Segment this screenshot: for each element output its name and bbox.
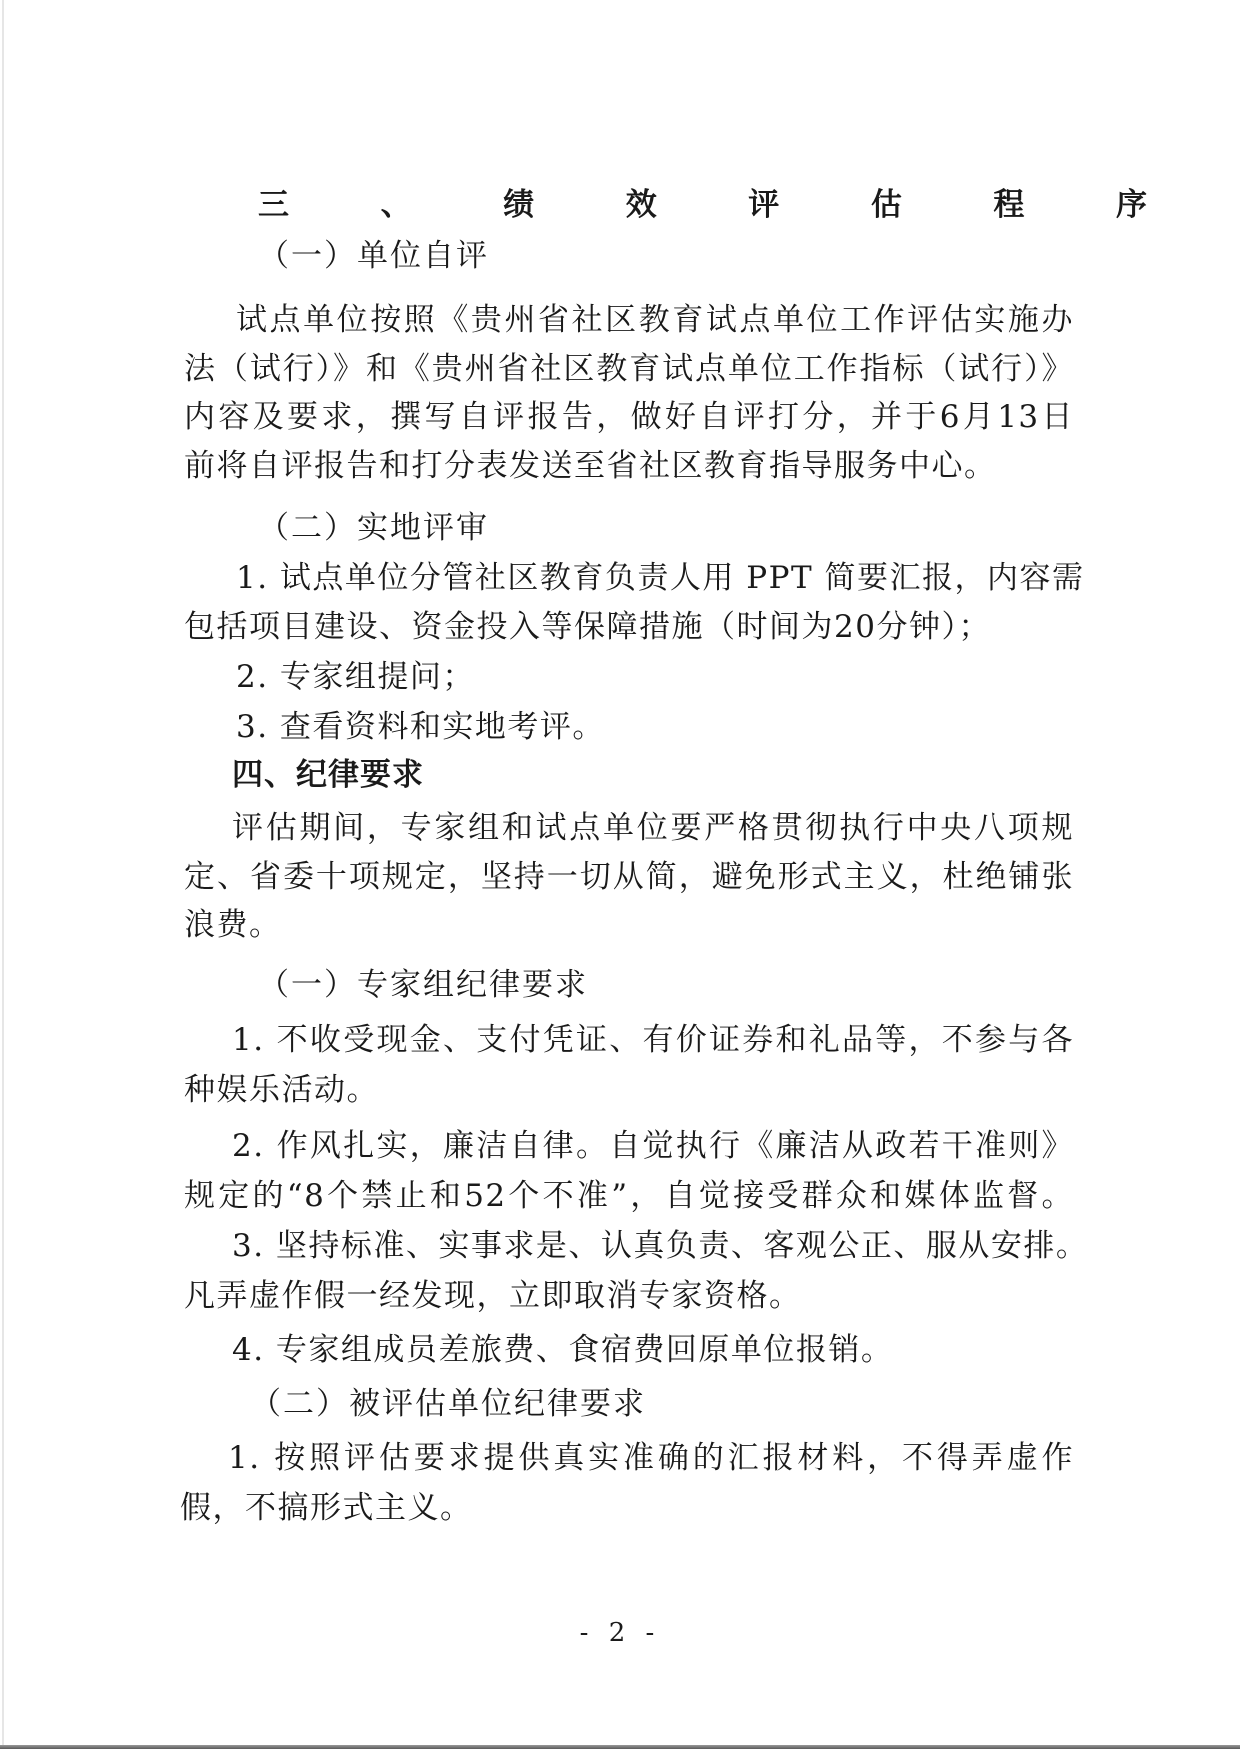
paragraph-line: 内容及要求，撰写自评报告，做好自评打分，并于6月13日 [184, 392, 1074, 442]
page-number: - 2 - [0, 1618, 1240, 1648]
paragraph-line: 1. 不收受现金、支付凭证、有价证券和礼品等，不参与各 [232, 1015, 1074, 1065]
paragraph-line: 种娱乐活动。 [184, 1065, 1074, 1115]
scan-left-edge [2, 0, 4, 1748]
paragraph-line: 评估期间，专家组和试点单位要严格贯彻执行中央八项规 [232, 803, 1074, 853]
paragraph-line: 1. 试点单位分管社区教育负责人用 PPT 简要汇报，内容需 [236, 553, 1074, 603]
paragraph-line: 定、省委十项规定，坚持一切从简，避免形式主义，杜绝铺张 [184, 852, 1074, 902]
paragraph-line: 1. 按照评估要求提供真实准确的汇报材料，不得弄虚作 [228, 1433, 1074, 1483]
paragraph-line: 2. 专家组提问； [236, 652, 1126, 702]
paragraph-line: 试点单位按照《贵州省社区教育试点单位工作评估实施办 [236, 295, 1074, 345]
scan-bottom-edge [0, 1745, 1240, 1749]
paragraph-line: 规定的“8个禁止和52个不准”，自觉接受群众和媒体监督。 [184, 1171, 1074, 1221]
paragraph-line: 假，不搞形式主义。 [180, 1483, 1070, 1533]
section-heading-procedure: 三、绩效评估程序 [258, 180, 1148, 230]
subheading-self-evaluation: （一）单位自评 [258, 231, 1148, 281]
paragraph-line: 3. 查看资料和实地考评。 [236, 702, 1126, 752]
paragraph-line: 法（试行）》和《贵州省社区教育试点单位工作指标（试行）》 [184, 344, 1074, 394]
document-page: 三、绩效评估程序 （一）单位自评 试点单位按照《贵州省社区教育试点单位工作评估实… [0, 0, 1240, 1754]
subheading-expert-discipline: （一）专家组纪律要求 [258, 960, 1148, 1010]
paragraph-line: 前将自评报告和打分表发送至省社区教育指导服务中心。 [184, 441, 1074, 491]
subheading-evaluated-unit-discipline: （二）被评估单位纪律要求 [250, 1379, 1140, 1429]
paragraph-line: 2. 作风扎实，廉洁自律。自觉执行《廉洁从政若干准则》 [232, 1121, 1074, 1171]
section-heading-discipline: 四、纪律要求 [232, 750, 1122, 800]
paragraph-line: 4. 专家组成员差旅费、食宿费回原单位报销。 [232, 1325, 1122, 1375]
paragraph-line: 凡弄虚作假一经发现，立即取消专家资格。 [184, 1271, 1074, 1321]
paragraph-line: 包括项目建设、资金投入等保障措施（时间为20分钟）； [184, 602, 1074, 652]
subheading-site-review: （二）实地评审 [258, 503, 1148, 553]
paragraph-line: 浪费。 [184, 900, 1074, 950]
paragraph-line: 3. 坚持标准、实事求是、认真负责、客观公正、服从安排。 [232, 1221, 1074, 1271]
